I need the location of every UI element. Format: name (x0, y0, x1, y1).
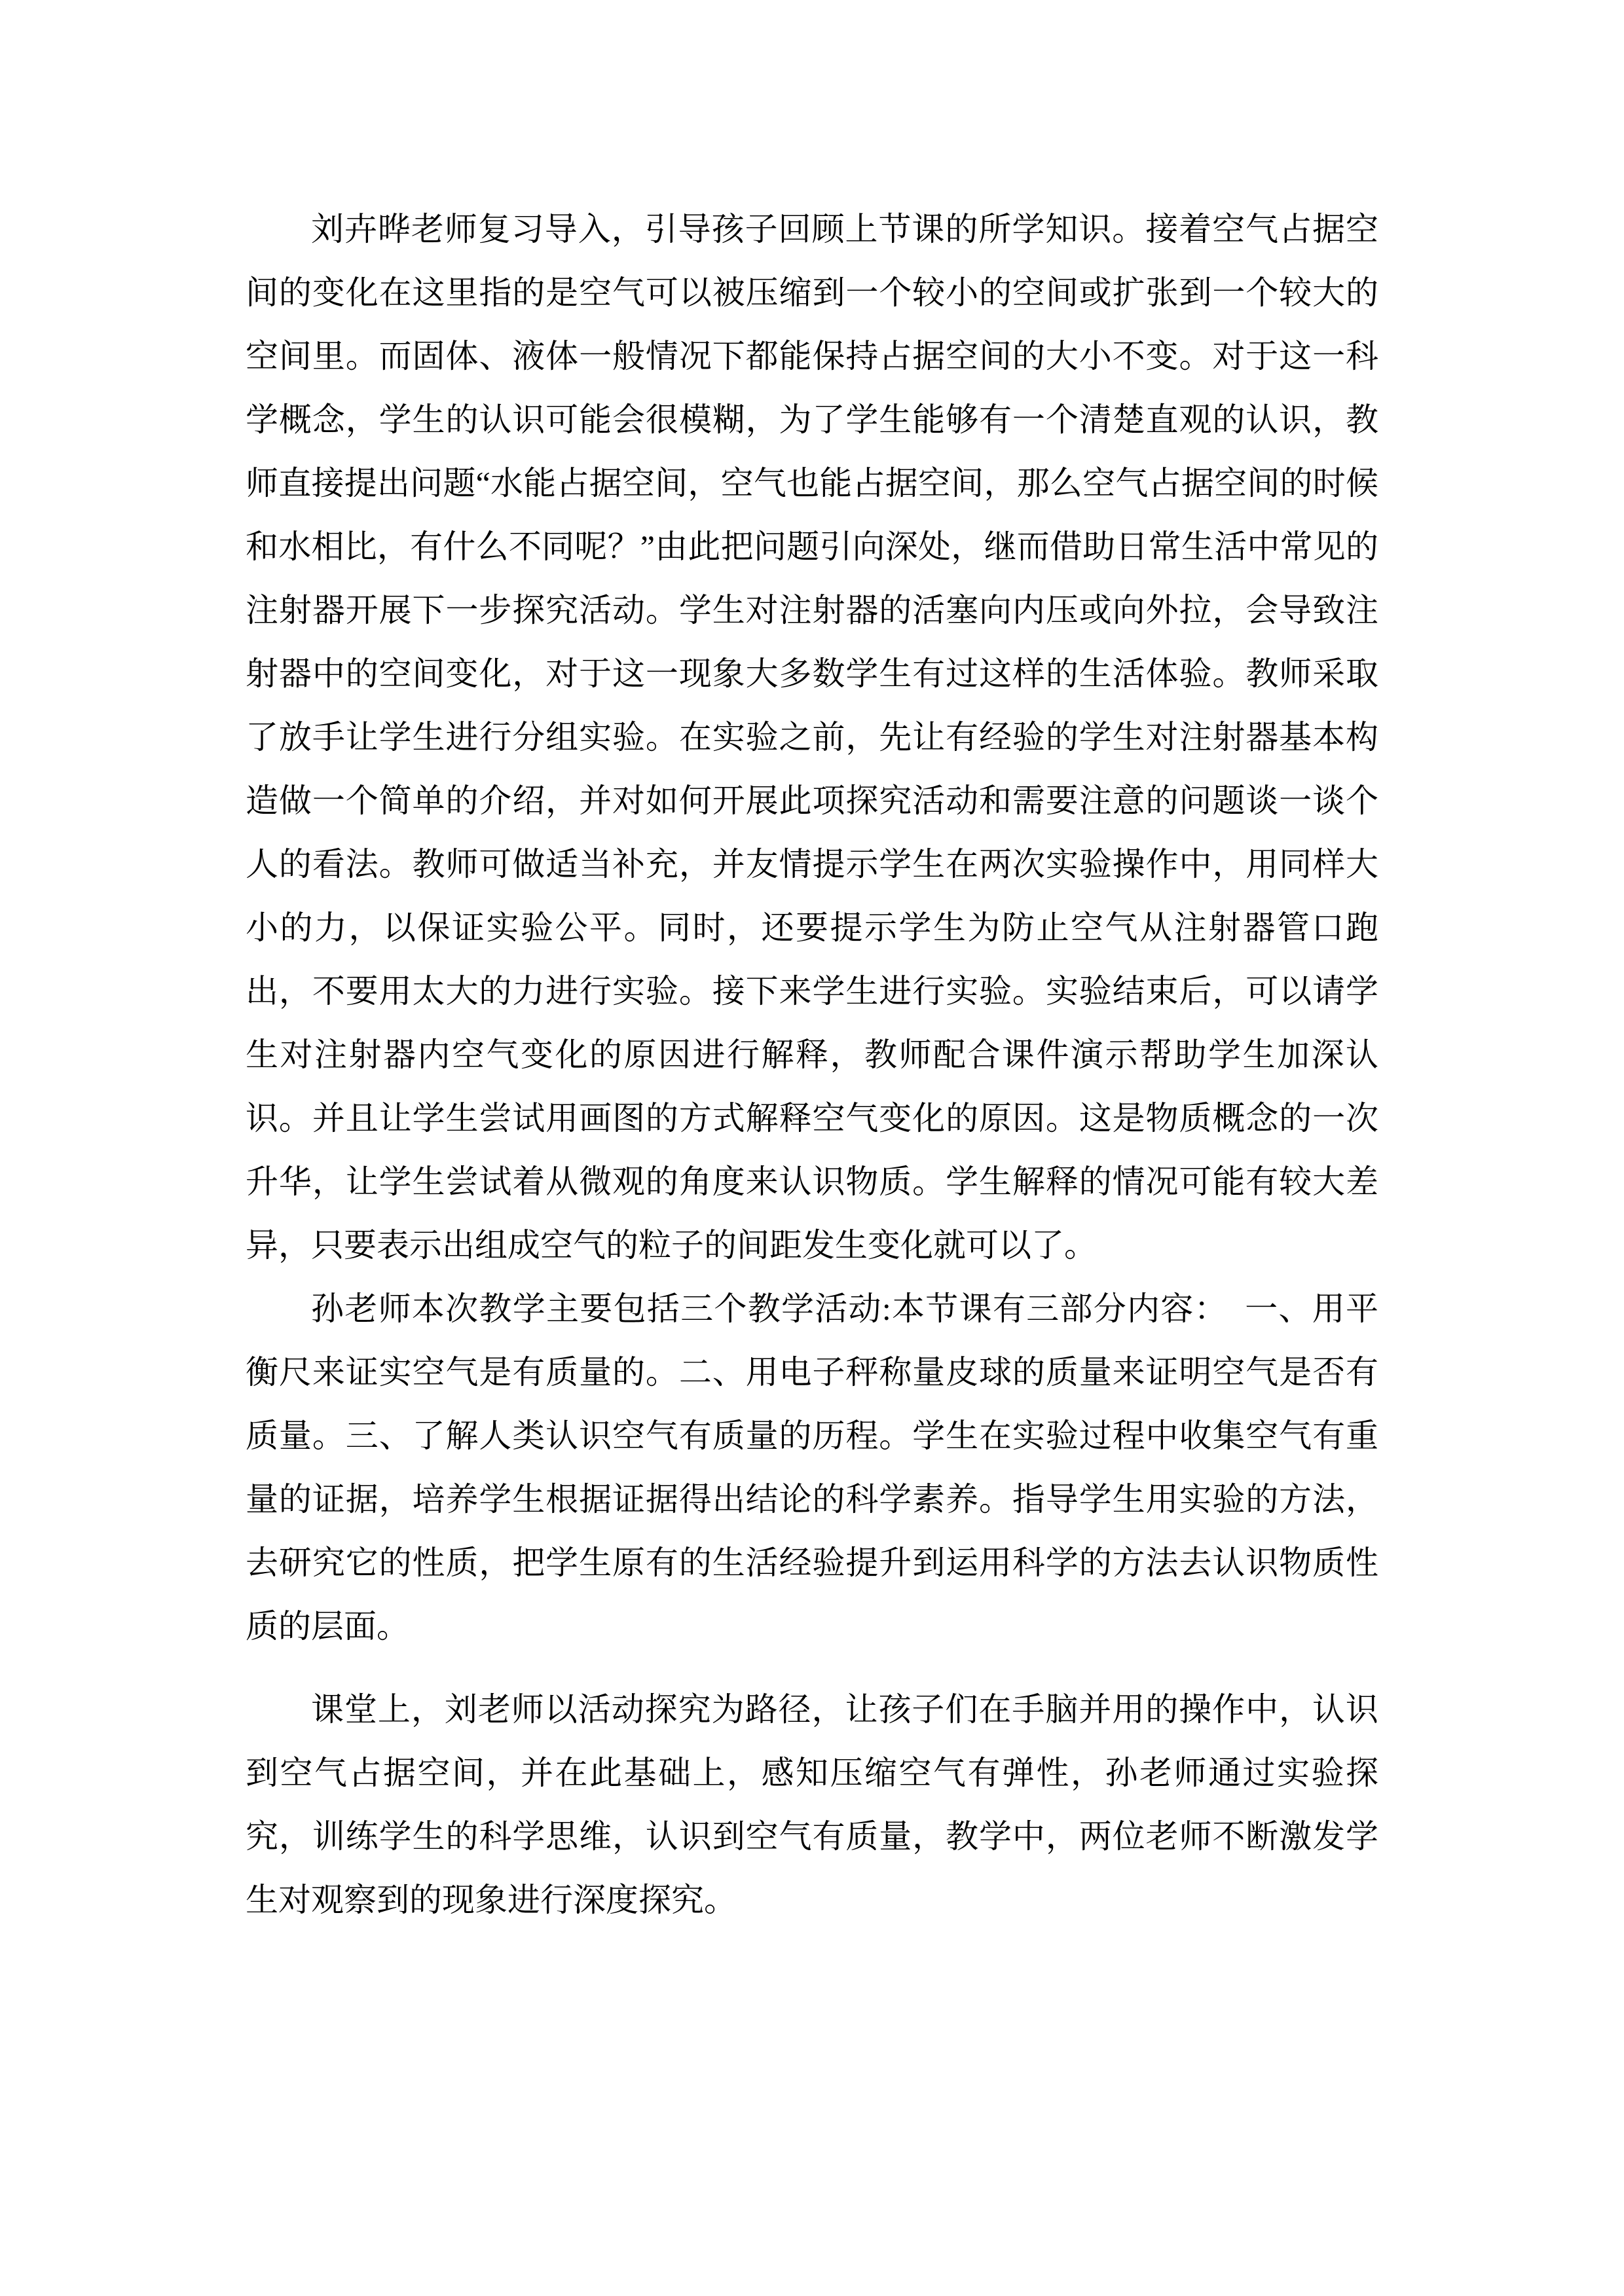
paragraph-2: 孙老师本次教学主要包括三个教学活动:本节课有三部分内容： 一、用平衡尺来证实空气… (246, 1277, 1378, 1658)
paragraph-3: 课堂上，刘老师以活动探究为路径，让孩子们在手脑并用的操作中，认识到空气占据空间，… (246, 1678, 1378, 1932)
document-page: 刘卉晔老师复习导入，引导孩子回顾上节课的所学知识。接着空气占据空间的变化在这里指… (0, 0, 1624, 2296)
document-body: { "page": { "background": "#ffffff", "te… (0, 0, 1624, 2296)
document-text-block: 刘卉晔老师复习导入，引导孩子回顾上节课的所学知识。接着空气占据空间的变化在这里指… (246, 198, 1378, 1932)
paragraph-1: 刘卉晔老师复习导入，引导孩子回顾上节课的所学知识。接着空气占据空间的变化在这里指… (246, 198, 1378, 1277)
